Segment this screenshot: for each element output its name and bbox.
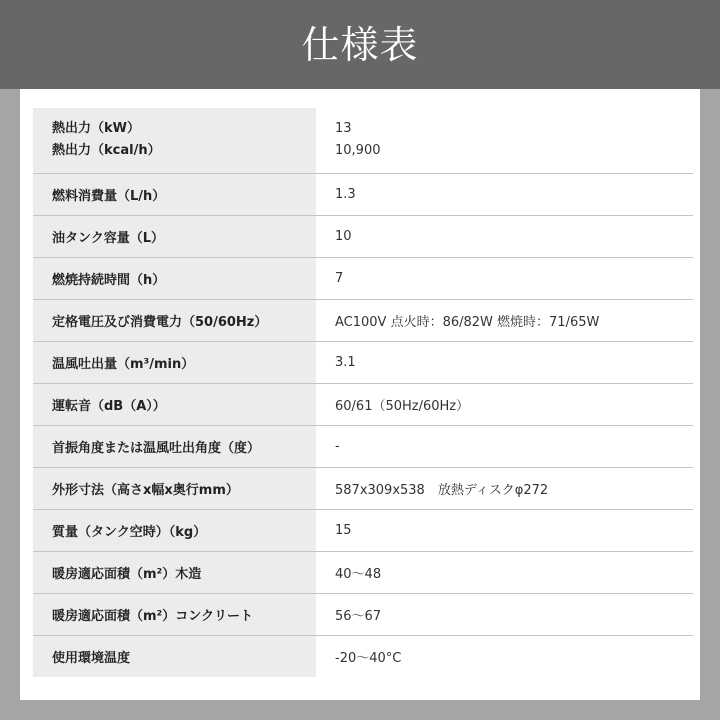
row-value: 60/61（50Hz/60Hz） [316, 383, 693, 425]
row-label: 燃料消費量（L/h） [33, 173, 316, 215]
row-value: -20～40°C [316, 635, 693, 677]
row-value: 15 [316, 509, 693, 551]
row-label: 油タンク容量（L） [33, 215, 316, 257]
table-row: 首振角度または温風吐出角度（度） - [33, 425, 693, 467]
row-label-line: 熱出力（kW） [52, 118, 316, 140]
row-label: 燃焼持続時間（h） [33, 257, 316, 299]
table-row: 油タンク容量（L） 10 [33, 215, 693, 257]
row-value: 3.1 [316, 341, 693, 383]
table-row: 運転音（dB（A）） 60/61（50Hz/60Hz） [33, 383, 693, 425]
row-label: 質量（タンク空時）（kg） [33, 509, 316, 551]
table-row: 外形寸法（高さx幅x奥行mm） 587x309x538 放熱ディスクφ272 [33, 467, 693, 509]
row-value: 56～67 [316, 593, 693, 635]
row-value: 10 [316, 215, 693, 257]
row-label: 外形寸法（高さx幅x奥行mm） [33, 467, 316, 509]
table-row: 燃料消費量（L/h） 1.3 [33, 173, 693, 215]
row-label: 熱出力（kW） 熱出力（kcal/h） [33, 108, 316, 173]
table-row: 暖房適応面積（m²）木造 40～48 [33, 551, 693, 593]
table-row: 温風吐出量（m³/min） 3.1 [33, 341, 693, 383]
table-row: 質量（タンク空時）（kg） 15 [33, 509, 693, 551]
table-row: 使用環境温度 -20～40°C [33, 635, 693, 677]
row-label: 運転音（dB（A）） [33, 383, 316, 425]
table-row: 暖房適応面積（m²）コンクリート 56～67 [33, 593, 693, 635]
row-label: 首振角度または温風吐出角度（度） [33, 425, 316, 467]
page-header: 仕様表 [0, 0, 720, 89]
spec-table: 熱出力（kW） 熱出力（kcal/h） 13 10,900 燃料消費量（L/h）… [33, 108, 693, 677]
row-label: 暖房適応面積（m²）コンクリート [33, 593, 316, 635]
row-value: - [316, 425, 693, 467]
row-value: 13 10,900 [316, 108, 693, 173]
row-value: 40～48 [316, 551, 693, 593]
row-label: 使用環境温度 [33, 635, 316, 677]
row-value: 587x309x538 放熱ディスクφ272 [316, 467, 693, 509]
row-label-line: 熱出力（kcal/h） [52, 140, 316, 162]
table-row-heat-output: 熱出力（kW） 熱出力（kcal/h） 13 10,900 [33, 108, 693, 173]
row-value-line: 10,900 [335, 140, 693, 162]
table-row: 燃焼持続時間（h） 7 [33, 257, 693, 299]
table-row: 定格電圧及び消費電力（50/60Hz） AC100V 点火時：86/82W 燃焼… [33, 299, 693, 341]
row-value: 1.3 [316, 173, 693, 215]
row-label: 定格電圧及び消費電力（50/60Hz） [33, 299, 316, 341]
row-value: 7 [316, 257, 693, 299]
spec-card: 熱出力（kW） 熱出力（kcal/h） 13 10,900 燃料消費量（L/h）… [20, 89, 700, 700]
row-label: 温風吐出量（m³/min） [33, 341, 316, 383]
row-value-line: 13 [335, 118, 693, 140]
row-label: 暖房適応面積（m²）木造 [33, 551, 316, 593]
page-title: 仕様表 [301, 26, 418, 64]
row-value: AC100V 点火時：86/82W 燃焼時：71/65W [316, 299, 693, 341]
